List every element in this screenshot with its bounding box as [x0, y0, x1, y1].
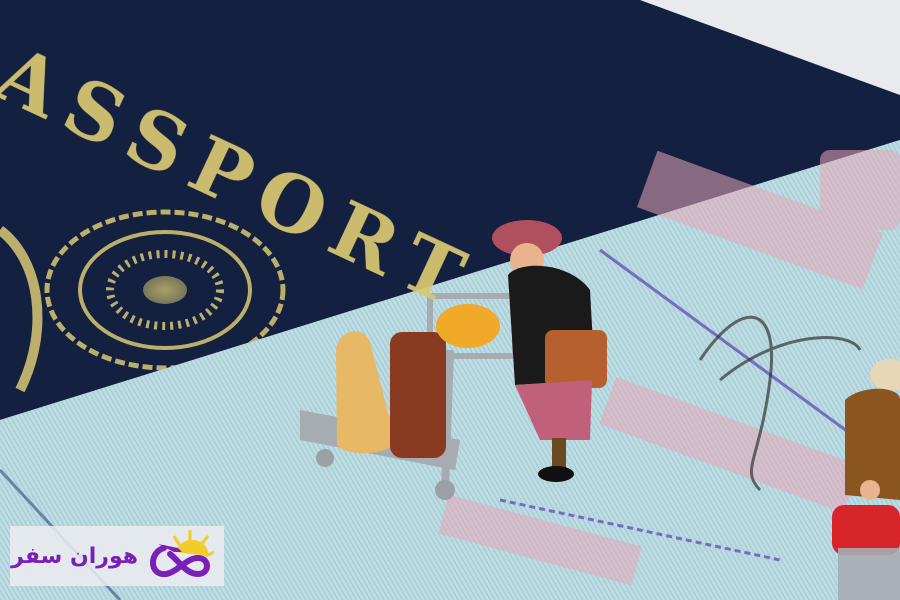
photo-scene: PASSPORT هوران سفر [0, 0, 900, 600]
brand-name: هوران سفر [11, 544, 138, 569]
handbag [545, 330, 607, 388]
brand-logo: هوران سفر [10, 526, 224, 586]
infinity-plane-sun-icon [144, 528, 214, 584]
brown-suitcase [390, 332, 446, 458]
